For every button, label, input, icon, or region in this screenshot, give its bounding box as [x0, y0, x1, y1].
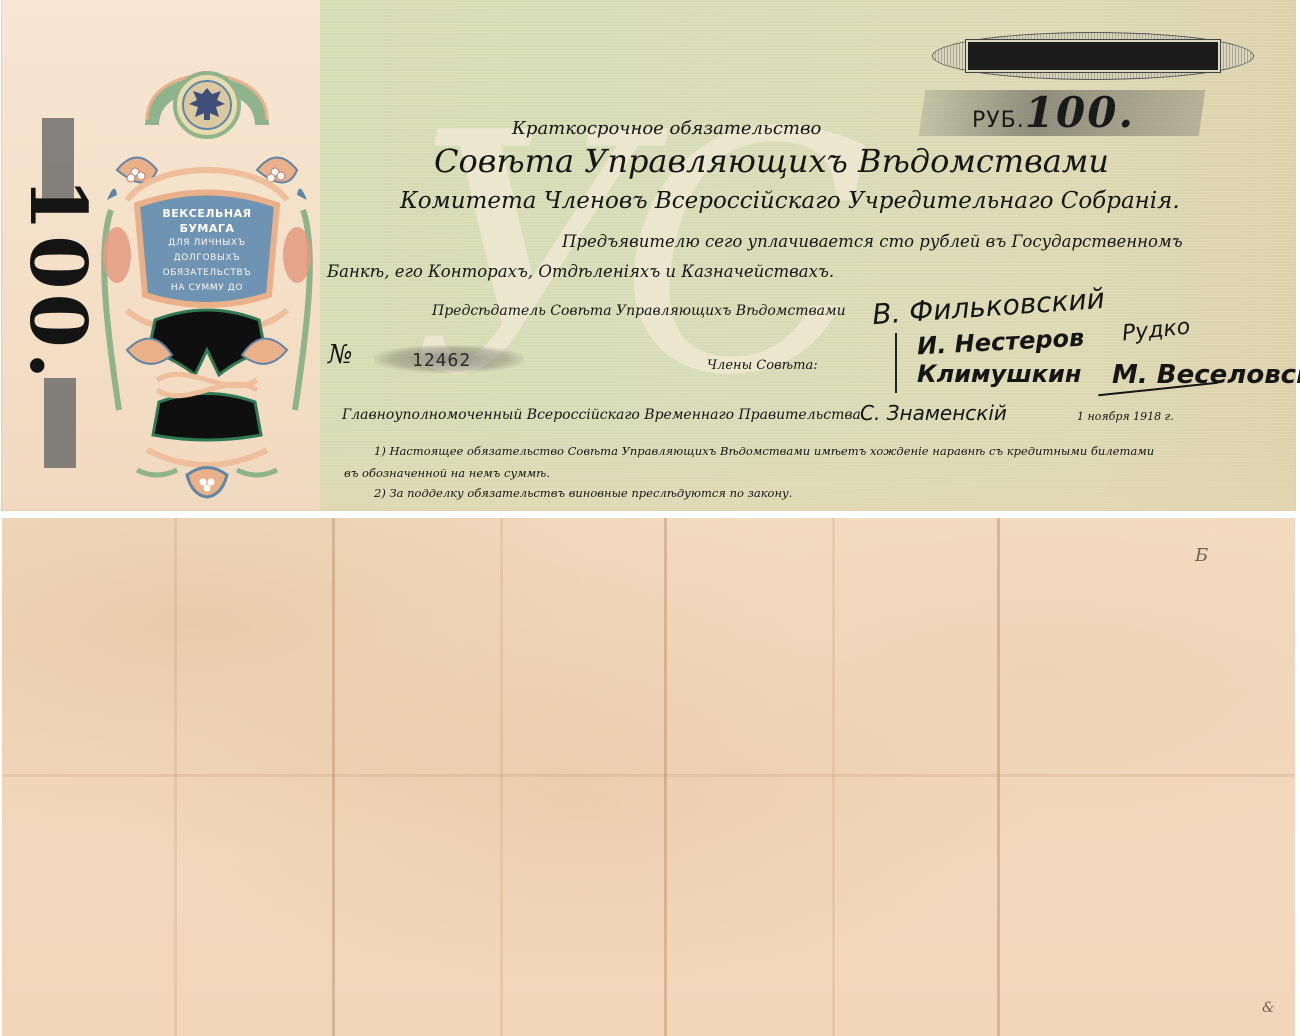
- payment-clause-line-2: Банкѣ, его Конторахъ, Отдѣленіяхъ и Казн…: [327, 262, 834, 281]
- payment-clause-line-1: Предъявителю сего уплачивается сто рубле…: [562, 232, 1183, 251]
- serial-number: 12462: [412, 350, 471, 371]
- member-signature: Климушкин: [917, 360, 1081, 388]
- fold-line: [832, 518, 835, 1036]
- inscription-line: ДЛЯ ЛИЧНЫХЪ: [137, 236, 277, 251]
- note-back: [2, 518, 1295, 1036]
- handwritten-mark: Б: [1195, 545, 1208, 566]
- ornament-inscription: ВЕКСЕЛЬНАЯ БУМАГА ДЛЯ ЛИЧНЫХЪ ДОЛГОВЫХЪ …: [137, 206, 277, 296]
- rosette-with-overprint: [932, 30, 1252, 80]
- inscription-line: ДОЛГОВЫХЪ: [137, 251, 277, 266]
- ornament-panel: 100.: [2, 0, 321, 510]
- amount-display: РУБ.100.: [972, 88, 1135, 137]
- fold-line: [997, 518, 1000, 1036]
- fold-line: [332, 518, 335, 1036]
- issuer-title: Совѣта Управляющихъ Вѣдомствами: [434, 142, 1109, 180]
- fold-line: [664, 518, 667, 1036]
- art-nouveau-ornament: ВЕКСЕЛЬНАЯ БУМАГА ДЛЯ ЛИЧНЫХЪ ДОЛГОВЫХЪ …: [97, 30, 317, 500]
- plenipotentiary-signature: С. Знаменскій: [860, 401, 1007, 425]
- denomination-100: 100.: [17, 165, 97, 395]
- note-front: 100.: [2, 0, 1295, 510]
- inscription-line: ОБЯЗАТЕЛЬСТВЪ: [137, 266, 277, 281]
- fold-line: [174, 518, 177, 1036]
- issuer-subtitle: Комитета Членовъ Всероссійскаго Учредите…: [400, 188, 1180, 214]
- footnote-2: 2) За подделку обязательствъ виновные пр…: [374, 486, 792, 500]
- number-sign: №: [328, 340, 353, 370]
- fold-line: [500, 518, 503, 1036]
- black-overprint-bar: [966, 40, 1220, 72]
- handwritten-mark: &: [1262, 1000, 1274, 1016]
- issue-date: 1 ноября 1918 г.: [1077, 410, 1174, 423]
- fold-line: [2, 774, 1295, 777]
- document-type: Краткосрочное обязательство: [512, 118, 821, 139]
- inscription-heading: ВЕКСЕЛЬНАЯ БУМАГА: [137, 206, 277, 236]
- members-label: Члены Совѣта:: [707, 358, 818, 373]
- overprint-bar-bottom: [44, 378, 76, 468]
- member-signature: М. Веселовский: [1112, 360, 1300, 390]
- footnote-1: 1) Настоящее обязательство Совѣта Управл…: [374, 444, 1154, 458]
- monogram-watermark: УС: [410, 90, 950, 430]
- members-bracket: [895, 333, 897, 393]
- chairman-label: Предсѣдатель Совѣта Управляющихъ Вѣдомст…: [432, 303, 846, 319]
- vertical-denomination: 100.: [18, 110, 98, 465]
- plenipotentiary-label: Главноуполномоченный Всероссійскаго Врем…: [342, 407, 861, 423]
- inscription-line: НА СУММУ ДО: [137, 281, 277, 296]
- amount-value: 100.: [1025, 88, 1135, 137]
- footnote-1-continued: въ обозначенной на немъ суммѣ.: [344, 466, 550, 480]
- currency-label: РУБ.: [972, 108, 1025, 133]
